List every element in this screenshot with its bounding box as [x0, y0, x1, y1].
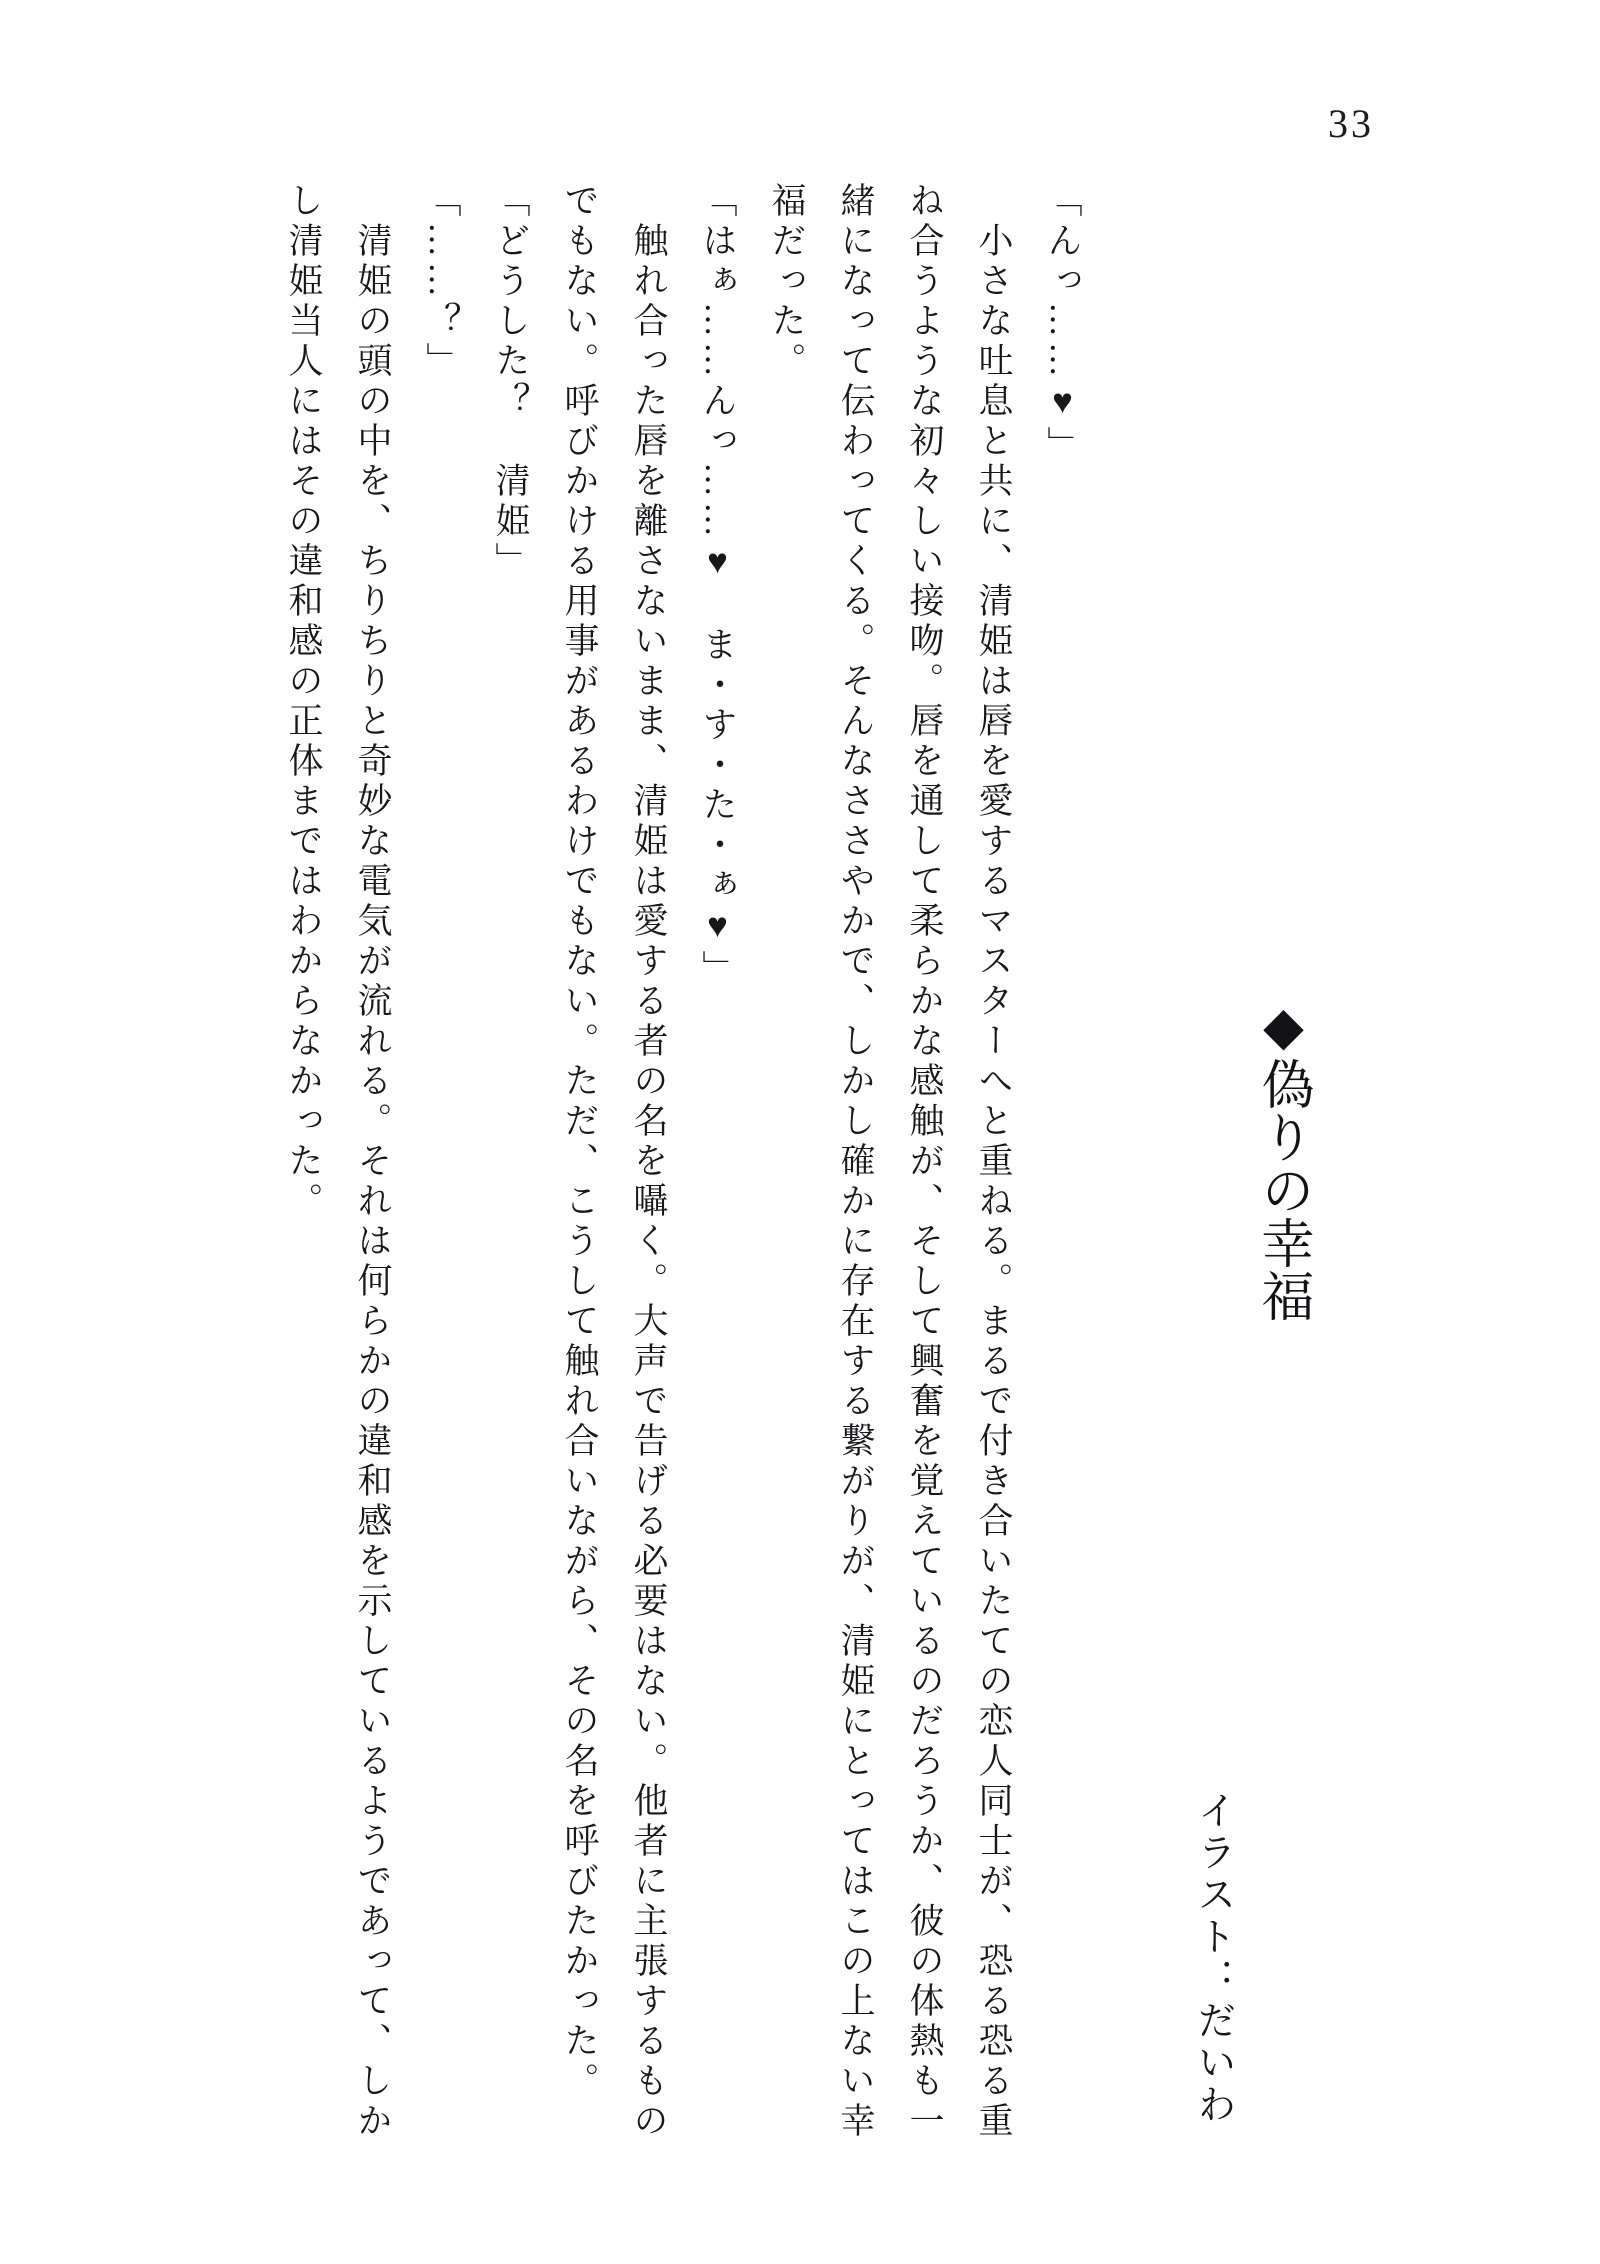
- page-number: 33: [1328, 100, 1374, 147]
- paragraph: 小さな吐息と共に、清姫は唇を愛するマスターへと重ねる。まるで付き合いたての恋人同…: [752, 182, 1028, 2142]
- chapter-title: ◆偽りの幸福: [1252, 996, 1314, 1322]
- paragraph: 清姫の頭の中を、ちりちりと奇妙な電気が流れる。それは何らかの違和感を示しているよ…: [269, 182, 407, 2142]
- paragraph: 「……？」: [407, 182, 476, 2142]
- paragraph: 「んっ……♥」: [1028, 182, 1097, 2142]
- book-page: 33 ◆偽りの幸福 イラスト：だいわ 「んっ……♥」小さな吐息と共に、清姫は唇を…: [0, 0, 1600, 2264]
- diamond-icon: ◆: [1254, 996, 1312, 1057]
- paragraph: 「どうした？ 清姫」: [476, 182, 545, 2142]
- chapter-title-text: 偽りの幸福: [1254, 1057, 1312, 1322]
- illustrator-credit: イラスト：だいわ: [1191, 1790, 1235, 2126]
- body-text: 「んっ……♥」小さな吐息と共に、清姫は唇を愛するマスターへと重ねる。まるで付き合…: [269, 182, 1097, 2142]
- paragraph: 「はぁ……んっ……♥ ま・す・た・ぁ♥」: [683, 182, 752, 2142]
- paragraph: 触れ合った唇を離さないまま、清姫は愛する者の名を囁く。大声で告げる必要はない。他…: [545, 182, 683, 2142]
